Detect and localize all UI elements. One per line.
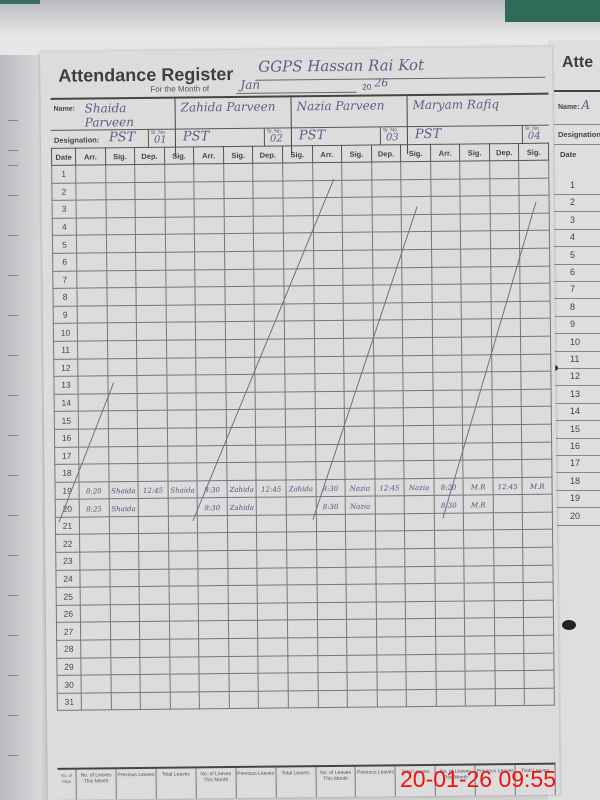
attendance-cell: [199, 639, 229, 657]
handwritten-entry: 12:45: [379, 484, 399, 492]
attendance-cell: [288, 673, 318, 691]
attendance-cell: [492, 424, 522, 442]
attendance-cell: [138, 428, 168, 446]
attendance-cell: [110, 604, 140, 622]
background-green-object: [505, 0, 600, 22]
attendance-cell: [225, 304, 255, 322]
attendance-cell: [77, 288, 107, 306]
attendance-cell: [374, 390, 404, 408]
attendance-cell: [347, 690, 377, 708]
attendance-cell: [76, 182, 106, 200]
attendance-cell: [435, 636, 465, 654]
attendance-cell: [165, 269, 195, 287]
attendance-cell: [169, 621, 199, 639]
attendance-cell: [376, 566, 406, 584]
attendance-cell: [110, 587, 140, 605]
attendance-cell: [138, 516, 168, 534]
attendance-cell: Shaida: [109, 481, 139, 499]
attendance-cell: [224, 234, 254, 252]
attendance-cell: [492, 407, 522, 425]
attendance-cell: [343, 303, 373, 321]
attendance-cell: 12:45: [256, 480, 286, 498]
attendance-cell: [197, 410, 227, 428]
date-cell: 16: [54, 429, 78, 447]
attendance-cell: [255, 392, 285, 410]
date-cell: 1: [52, 165, 76, 183]
handwritten-entry: 8:25: [86, 505, 102, 513]
attendance-cell: [198, 551, 228, 569]
next-page-date: 14: [570, 406, 580, 416]
attendance-cell: [432, 319, 462, 337]
attendance-cell: [495, 671, 525, 689]
attendance-cell: [313, 268, 343, 286]
attendance-cell: [405, 513, 435, 531]
attendance-cell: [521, 389, 551, 407]
attendance-cell: [223, 163, 253, 181]
attendance-cell: [430, 161, 460, 179]
attendance-cell: [435, 566, 465, 584]
month-label: For the Month of: [150, 84, 209, 94]
employee-sr-no: 03: [386, 132, 399, 143]
column-header: Dep.: [371, 145, 401, 162]
attendance-cell: [283, 180, 313, 198]
attendance-cell: [288, 690, 318, 708]
attendance-cell: [168, 463, 198, 481]
column-header: Sig.: [519, 143, 549, 160]
attendance-cell: [346, 567, 376, 585]
handwritten-entry: Zahida: [230, 503, 255, 511]
footer-column-label: Total Leaves: [276, 767, 316, 797]
attendance-cell: [140, 692, 170, 710]
attendance-cell: [76, 165, 106, 183]
employee-name: Maryam Rafiq: [413, 97, 500, 112]
date-cell: 5: [52, 236, 76, 254]
attendance-cell: [490, 196, 520, 214]
attendance-cell: [288, 655, 318, 673]
next-page-date-header: Date: [560, 150, 576, 159]
attendance-cell: [315, 409, 345, 427]
next-page-designation-label: Designation: [558, 130, 600, 139]
column-header: Arr.: [430, 144, 460, 161]
date-cell: 4: [52, 218, 76, 236]
attendance-cell: [523, 512, 553, 530]
attendance-cell: [166, 287, 196, 305]
attendance-cell: [312, 162, 342, 180]
next-page-date: 3: [570, 215, 575, 225]
attendance-cell: [463, 460, 493, 478]
employee-name: Zahida Parveen: [181, 100, 276, 115]
footer-column-label: Total Leaves: [156, 768, 196, 798]
attendance-cell: [140, 657, 170, 675]
attendance-cell: [199, 621, 229, 639]
next-page-date: 17: [570, 458, 580, 468]
attendance-cell: [524, 635, 554, 653]
attendance-cell: [373, 338, 403, 356]
attendance-cell: [376, 637, 406, 655]
date-cell: 30: [57, 675, 81, 693]
attendance-cell: [435, 601, 465, 619]
attendance-cell: [137, 393, 167, 411]
attendance-cell: [316, 514, 346, 532]
previous-page-edge: [0, 55, 42, 800]
attendance-cell: [135, 164, 165, 182]
attendance-cell: [139, 604, 169, 622]
attendance-cell: [520, 248, 550, 266]
attendance-cell: [139, 534, 169, 552]
attendance-cell: [493, 495, 523, 513]
date-cell: 22: [56, 535, 80, 553]
attendance-cell: [110, 640, 140, 658]
attendance-cell: 12:45: [375, 478, 405, 496]
attendance-cell: [463, 407, 493, 425]
attendance-cell: [138, 446, 168, 464]
next-page-date: 5: [570, 250, 575, 260]
attendance-cell: [461, 231, 491, 249]
attendance-cell: [76, 200, 106, 218]
attendance-cell: [81, 675, 111, 693]
date-cell: 11: [54, 341, 78, 359]
attendance-cell: [228, 586, 258, 604]
attendance-cell: [107, 340, 137, 358]
attendance-cell: [434, 531, 464, 549]
attendance-cell: [490, 248, 520, 266]
attendance-cell: [464, 513, 494, 531]
attendance-cell: [375, 531, 405, 549]
attendance-cell: [225, 286, 255, 304]
attendance-cell: [372, 267, 402, 285]
date-cell: 6: [53, 253, 77, 271]
attendance-cell: [406, 654, 436, 672]
attendance-cell: [519, 160, 549, 178]
attendance-cell: [79, 464, 109, 482]
attendance-cell: [258, 673, 288, 691]
attendance-cell: [76, 235, 106, 253]
next-page-date: 12: [570, 371, 580, 381]
attendance-cell: [343, 250, 373, 268]
attendance-cell: [344, 356, 374, 374]
attendance-cell: [285, 356, 315, 374]
attendance-cell: [106, 270, 136, 288]
attendance-cell: Zahida: [227, 498, 257, 516]
attendance-cell: [521, 301, 551, 319]
next-page-date: 10: [570, 337, 580, 347]
attendance-cell: Zahida: [286, 479, 316, 497]
attendance-cell: [402, 285, 432, 303]
next-page-title: Atte: [562, 54, 593, 72]
attendance-cell: [374, 408, 404, 426]
attendance-cell: [465, 618, 495, 636]
attendance-cell: [372, 197, 402, 215]
attendance-cell: [494, 548, 524, 566]
attendance-cell: [166, 322, 196, 340]
attendance-cell: [495, 688, 525, 706]
attendance-cell: [520, 283, 550, 301]
attendance-cell: [314, 338, 344, 356]
next-page-date: 7: [570, 284, 575, 294]
attendance-cell: [194, 216, 224, 234]
attendance-cell: [254, 216, 284, 234]
attendance-cell: [403, 337, 433, 355]
attendance-cell: [460, 196, 490, 214]
attendance-cell: [224, 181, 254, 199]
attendance-cell: [138, 498, 168, 516]
attendance-cell: [170, 674, 200, 692]
attendance-cell: [405, 566, 435, 584]
attendance-cell: Zahida: [227, 480, 257, 498]
employee-designation: PST: [299, 128, 325, 143]
attendance-cell: [225, 339, 255, 357]
attendance-cell: [375, 514, 405, 532]
attendance-cell: [167, 428, 197, 446]
attendance-cell: [462, 319, 492, 337]
attendance-cell: 8:20: [79, 481, 109, 499]
attendance-cell: [254, 269, 284, 287]
attendance-cell: [286, 515, 316, 533]
attendance-cell: [432, 337, 462, 355]
attendance-cell: [256, 444, 286, 462]
handwritten-entry: 8:30: [323, 502, 339, 510]
attendance-cell: [402, 267, 432, 285]
attendance-cell: [109, 534, 139, 552]
attendance-cell: [288, 638, 318, 656]
attendance-cell: [77, 270, 107, 288]
attendance-cell: [521, 336, 551, 354]
attendance-cell: [317, 655, 347, 673]
column-header: Arr.: [76, 148, 106, 165]
employee-name: Nazia Parveen: [297, 98, 385, 113]
attendance-cell: [523, 565, 553, 583]
attendance-cell: [460, 178, 490, 196]
attendance-cell: [195, 234, 225, 252]
attendance-cell: [524, 618, 554, 636]
attendance-cell: [347, 655, 377, 673]
attendance-cell: [227, 515, 257, 533]
attendance-cell: [461, 266, 491, 284]
attendance-cell: [493, 512, 523, 530]
attendance-cell: [374, 426, 404, 444]
column-header: Sig.: [105, 148, 135, 165]
attendance-cell: [165, 199, 195, 217]
footer-column-label: No. of Leaves This Month: [316, 767, 356, 797]
attendance-cell: [167, 445, 197, 463]
attendance-cell: [436, 689, 466, 707]
attendance-cell: [80, 569, 110, 587]
attendance-cell: [523, 494, 553, 512]
attendance-cell: [433, 407, 463, 425]
attendance-cell: [228, 603, 258, 621]
attendance-cell: [493, 530, 523, 548]
attendance-cell: [374, 443, 404, 461]
attendance-cell: [105, 182, 135, 200]
attendance-cell: [166, 340, 196, 358]
attendance-cell: [317, 637, 347, 655]
employee-sr-no: 02: [270, 133, 283, 144]
attendance-cell: [345, 514, 375, 532]
attendance-cell: [136, 252, 166, 270]
attendance-cell: [317, 620, 347, 638]
attendance-cell: [254, 251, 284, 269]
handwritten-entry: Zahida: [229, 486, 254, 494]
footer-column-label: No. of Leaves This Month: [77, 769, 117, 799]
attendance-cell: [461, 284, 491, 302]
attendance-cell: [194, 181, 224, 199]
attendance-cell: [402, 302, 432, 320]
attendance-cell: [371, 162, 401, 180]
attendance-cell: [196, 357, 226, 375]
attendance-cell: [432, 284, 462, 302]
attendance-cell: [253, 198, 283, 216]
attendance-cell: [225, 269, 255, 287]
attendance-cell: [167, 375, 197, 393]
attendance-cell: [431, 196, 461, 214]
attendance-cell: [316, 532, 346, 550]
attendance-cell: [255, 374, 285, 392]
attendance-cell: [167, 393, 197, 411]
attendance-cell: [229, 656, 259, 674]
attendance-cell: [490, 160, 520, 178]
employee-designation: PST: [415, 127, 441, 142]
attendance-cell: [316, 549, 346, 567]
attendance-register-page: Attendance Register GGPS Hassan Rai Kot …: [40, 47, 560, 800]
attendance-cell: [344, 426, 374, 444]
attendance-cell: [403, 320, 433, 338]
attendance-cell: [313, 233, 343, 251]
attendance-cell: [435, 583, 465, 601]
attendance-cell: [287, 567, 317, 585]
column-header: Sig.: [342, 145, 372, 162]
attendance-cell: [433, 425, 463, 443]
handwritten-entry: 8:20: [86, 487, 102, 495]
attendance-cell: [108, 446, 138, 464]
attendance-cell: [137, 340, 167, 358]
attendance-cell: [405, 531, 435, 549]
column-header: Sig.: [282, 146, 312, 163]
attendance-cell: M.R: [463, 477, 493, 495]
footer-side-label: No. of Days: [58, 770, 77, 800]
attendance-cell: [376, 619, 406, 637]
attendance-cell: [258, 620, 288, 638]
attendance-cell: [227, 462, 257, 480]
ink-blot: [562, 620, 576, 630]
year-value: 26: [374, 76, 388, 89]
attendance-cell: [314, 356, 344, 374]
attendance-cell: [106, 252, 136, 270]
attendance-cell: [465, 671, 495, 689]
attendance-cell: [258, 638, 288, 656]
date-cell: 3: [52, 200, 76, 218]
attendance-cell: [229, 673, 259, 691]
next-page-date: 13: [570, 389, 580, 399]
attendance-cell: [110, 622, 140, 640]
attendance-cell: [228, 621, 258, 639]
attendance-cell: [494, 618, 524, 636]
attendance-cell: [198, 568, 228, 586]
attendance-cell: [111, 675, 141, 693]
attendance-cell: [140, 622, 170, 640]
date-cell: 27: [56, 623, 80, 641]
attendance-cell: [345, 444, 375, 462]
date-cell: 2: [52, 183, 76, 201]
attendance-cell: [228, 568, 258, 586]
attendance-cell: [523, 530, 553, 548]
attendance-cell: [80, 587, 110, 605]
attendance-cell: [170, 656, 200, 674]
attendance-cell: [228, 550, 258, 568]
date-cell: 23: [56, 552, 80, 570]
attendance-cell: [166, 305, 196, 323]
attendance-cell: [405, 548, 435, 566]
attendance-cell: [401, 161, 431, 179]
attendance-cell: [431, 231, 461, 249]
attendance-cell: [490, 213, 520, 231]
attendance-cell: [404, 425, 434, 443]
attendance-cell: [374, 373, 404, 391]
attendance-cell: [135, 217, 165, 235]
attendance-cell: [287, 602, 317, 620]
handwritten-entry: M.R: [471, 483, 486, 491]
attendance-cell: [524, 670, 554, 688]
column-header: Dep.: [253, 146, 283, 163]
attendance-cell: [169, 569, 199, 587]
attendance-cell: [374, 461, 404, 479]
attendance-cell: [318, 673, 348, 691]
attendance-cell: [465, 601, 495, 619]
attendance-cell: [461, 214, 491, 232]
attendance-cell: [462, 372, 492, 390]
attendance-cell: [433, 390, 463, 408]
attendance-cell: [199, 603, 229, 621]
attendance-cell: [199, 691, 229, 709]
attendance-cell: [524, 600, 554, 618]
attendance-cell: [195, 304, 225, 322]
column-header: Sig.: [401, 144, 431, 161]
column-header: Arr.: [312, 145, 342, 162]
next-page-date: 1: [570, 180, 575, 190]
attendance-cell: [169, 639, 199, 657]
attendance-cell: [376, 602, 406, 620]
handwritten-entry: M.R: [530, 483, 545, 491]
attendance-cell: [255, 339, 285, 357]
attendance-cell: [77, 306, 107, 324]
attendance-cell: [164, 164, 194, 182]
attendance-cell: [401, 214, 431, 232]
attendance-cell: [167, 410, 197, 428]
attendance-cell: [81, 693, 111, 711]
attendance-cell: [371, 179, 401, 197]
attendance-cell: [432, 267, 462, 285]
attendance-cell: [256, 427, 286, 445]
attendance-cell: [314, 303, 344, 321]
attendance-cell: [199, 674, 229, 692]
attendance-cell: [195, 252, 225, 270]
attendance-cell: [523, 547, 553, 565]
footer-column-label: No. of Leaves This Month: [196, 768, 236, 798]
attendance-cell: [196, 322, 226, 340]
handwritten-entry: Nazia: [409, 484, 429, 492]
attendance-cell: [313, 250, 343, 268]
handwritten-entry: Shaida: [111, 487, 135, 495]
attendance-cell: [106, 217, 136, 235]
attendance-cell: [346, 584, 376, 602]
next-page-date: 15: [570, 424, 580, 434]
employee-name: Shaida Parveen: [85, 101, 175, 130]
attendance-cell: [195, 269, 225, 287]
attendance-cell: [139, 586, 169, 604]
handwritten-entry: 8:30: [322, 485, 338, 493]
attendance-cell: [170, 692, 200, 710]
attendance-cell: [287, 550, 317, 568]
attendance-cell: [347, 637, 377, 655]
